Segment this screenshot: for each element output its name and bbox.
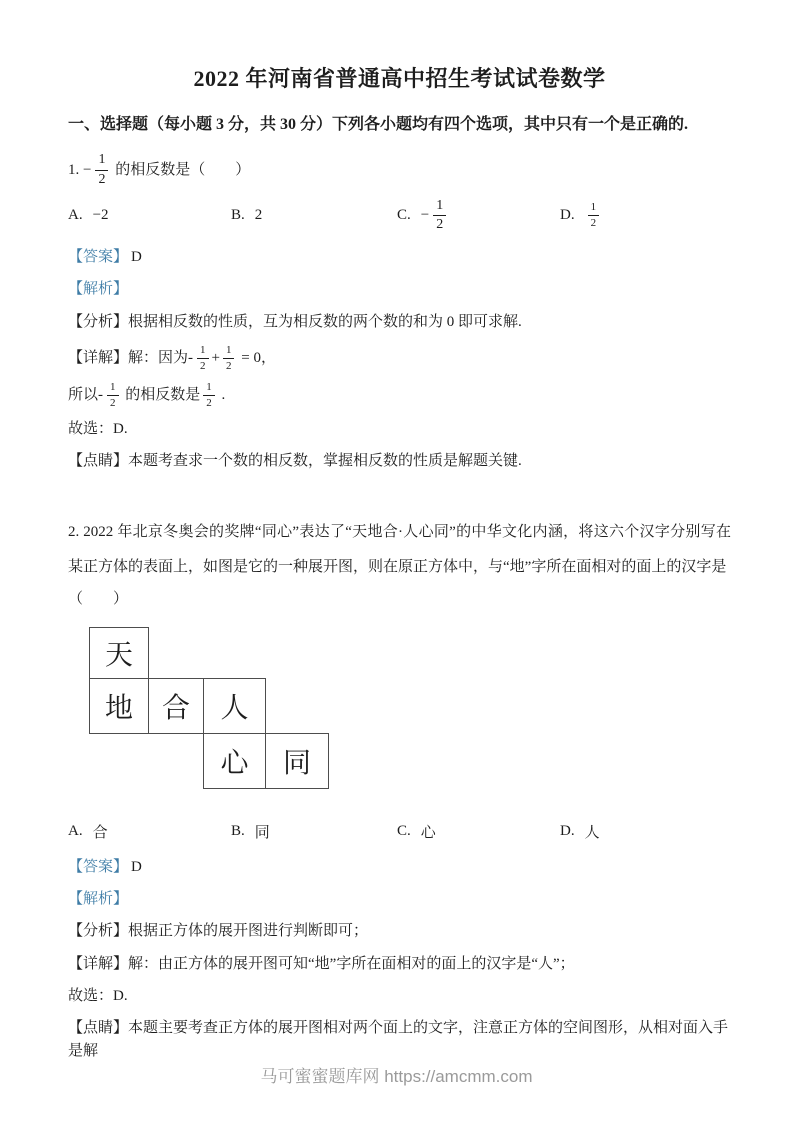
- net-cell-xin: 心: [203, 733, 266, 789]
- question-2-stem: 2. 2022 年北京冬奥会的奖牌“同心”表达了“天地合·人心同”的中华文化内涵…: [68, 515, 731, 586]
- jiexi-label: 【解析】: [68, 281, 128, 297]
- question-2-option-c: C. 心: [397, 821, 560, 842]
- option-label: D.: [560, 207, 575, 224]
- fraction: 1 2: [95, 152, 108, 187]
- question-1-option-b: B. 2: [231, 207, 397, 224]
- question-2-xiangjie-line: 【详解】解：由正方体的展开图可知“地”字所在面相对的面上的汉字是“人”；: [68, 953, 731, 976]
- answer-value: D: [131, 859, 142, 875]
- fraction: 1 2: [588, 201, 600, 229]
- option-label: D.: [560, 823, 575, 840]
- option-value: 心: [421, 821, 436, 842]
- fraction: 1 2: [223, 344, 235, 372]
- question-2-option-b: B. 同: [231, 821, 397, 842]
- page-title: 2022 年河南省普通高中招生考试试卷数学: [68, 62, 731, 93]
- section-heading: 一、选择题（每小题 3 分，共 30 分）下列各小题均有四个选项，其中只有一个是…: [68, 113, 731, 137]
- question-2-paren: （ ）: [68, 588, 731, 611]
- answer-value: D: [131, 249, 142, 265]
- exam-document-page: 2022 年河南省普通高中招生考试试卷数学 一、选择题（每小题 3 分，共 30…: [0, 0, 793, 1122]
- net-cell-di: 地: [89, 678, 149, 734]
- jiexi-label: 【解析】: [68, 891, 128, 907]
- option-label: A.: [68, 207, 83, 224]
- question-2-option-a: A. 合: [68, 821, 231, 842]
- cube-net-diagram: 天 地 合 人 心 同: [89, 627, 339, 790]
- question-2-options: A. 合 B. 同 C. 心 D. 人: [68, 820, 731, 844]
- option-label: A.: [68, 823, 83, 840]
- question-1-option-c: C. − 1 2: [397, 197, 560, 234]
- option-label: C.: [397, 207, 411, 224]
- fraction: 1 2: [203, 381, 215, 409]
- fraction: 1 2: [107, 381, 119, 409]
- question-1-option-d: D. 1 2: [560, 200, 731, 230]
- fraction: 1 2: [433, 198, 446, 233]
- option-label: B.: [231, 207, 245, 224]
- minus-sign: -: [98, 385, 103, 406]
- net-cell-ren: 人: [203, 678, 266, 734]
- question-2-option-d: D. 人: [560, 821, 731, 842]
- question-2-answer-line: 【答案】D: [68, 856, 731, 879]
- option-label: B.: [231, 823, 245, 840]
- option-value: 人: [585, 821, 600, 842]
- option-value: 2: [255, 207, 263, 224]
- fraction: 1 2: [197, 344, 209, 372]
- option-label: C.: [397, 823, 411, 840]
- question-1-option-a: A. −2: [68, 207, 231, 224]
- option-value: 同: [255, 821, 270, 842]
- question-1-number: 1.: [68, 160, 83, 181]
- question-1-answer-line: 【答案】D: [68, 246, 731, 269]
- question-1-dianjing-line: 【点睛】本题考查求一个数的相反数，掌握相反数的性质是解题关键.: [68, 450, 731, 473]
- question-2-jiexi-line: 【解析】: [68, 888, 731, 911]
- minus-sign: −: [83, 160, 91, 181]
- question-1-options: A. −2 B. 2 C. − 1 2 D. 1 2: [68, 197, 731, 234]
- question-1-stem: 1. − 1 2 的相反数是（ ）: [68, 147, 731, 193]
- question-2-guxuan-line: 故选：D.: [68, 985, 731, 1008]
- net-cell-tian: 天: [89, 627, 149, 679]
- question-2-dianjing-line: 【点睛】本题主要考查正方体的展开图相对两个面上的文字，注意正方体的空间图形，从相…: [68, 1017, 731, 1064]
- answer-label: 【答案】: [68, 859, 128, 875]
- option-value: 合: [93, 821, 108, 842]
- question-1-fenxi-line: 【分析】根据相反数的性质，互为相反数的两个数的和为 0 即可求解.: [68, 311, 731, 334]
- minus-sign: −: [421, 207, 429, 224]
- answer-label: 【答案】: [68, 249, 128, 265]
- question-1-jiexi-line: 【解析】: [68, 278, 731, 301]
- option-value: −2: [93, 207, 109, 224]
- question-1-xiangjie-line: 【详解】解：因为 - 1 2 + 1 2 = 0，: [68, 343, 731, 373]
- net-cell-he: 合: [148, 678, 204, 734]
- minus-sign: -: [188, 348, 193, 369]
- net-cell-tong: 同: [265, 733, 329, 789]
- question-2-fenxi-line: 【分析】根据正方体的展开图进行判断即可；: [68, 920, 731, 943]
- question-1-suoyi-line: 所以 - 1 2 的相反数是 1 2 .: [68, 380, 731, 410]
- question-1-text: 的相反数是（ ）: [111, 160, 250, 181]
- plus-sign: +: [212, 348, 220, 369]
- question-1-guxuan-line: 故选：D.: [68, 418, 731, 441]
- site-watermark: 马可蜜蜜题库网 https://amcmm.com: [0, 1062, 793, 1087]
